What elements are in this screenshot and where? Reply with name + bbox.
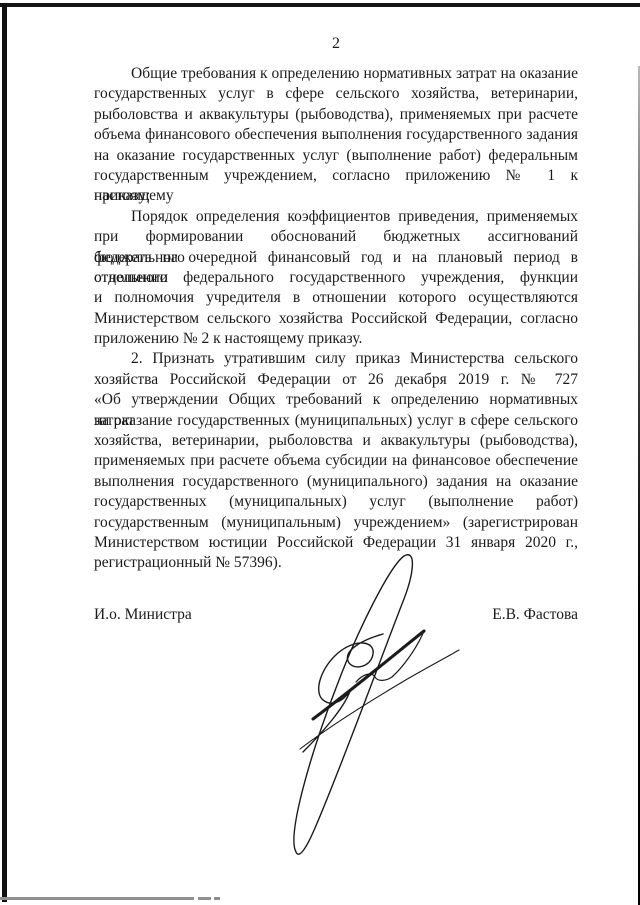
text-line: Общие требования к определению нормативн… <box>94 64 578 84</box>
document-body: Общие требования к определению нормативн… <box>94 64 578 574</box>
signer-position: И.о. Министра <box>94 606 192 624</box>
text-line: бюджета на очередной финансовый год и на… <box>94 248 578 268</box>
signer-name: Е.В. Фастова <box>492 606 578 624</box>
text-line: на оказание государственных (муниципальн… <box>94 411 578 431</box>
scan-edge-bottom <box>0 897 194 900</box>
text-line: регистрационный № 57396). <box>94 553 578 573</box>
text-line: государственным (муниципальным) учрежден… <box>94 513 578 533</box>
text-line: государственных (муниципальных) услуг (в… <box>94 492 578 512</box>
text-line: Порядок определения коэффициентов привед… <box>94 207 578 227</box>
text-line: выполнения государственного (муниципальн… <box>94 472 578 492</box>
text-line: отдельного федерального государственного… <box>94 268 578 288</box>
text-line: Министерством юстиции Российской Федерац… <box>94 533 578 553</box>
scan-edge-bottom-dash <box>198 897 211 900</box>
scan-edge-top <box>0 3 640 7</box>
text-line: приложению № 2 к настоящему приказу. <box>94 329 578 349</box>
scan-edge-bottom-dash <box>214 897 220 900</box>
text-line: 2. Признать утратившим силу приказ Минис… <box>94 349 578 369</box>
text-line: при формировании обоснований бюджетных а… <box>94 227 578 247</box>
page-number: 2 <box>94 35 578 53</box>
scanned-document-page: 2 Общие требования к определению нормати… <box>0 0 640 905</box>
text-line: на оказание государственных услуг (выпол… <box>94 146 578 166</box>
scan-edge-left <box>2 3 7 902</box>
text-line: рыболовства и аквакультуры (рыбоводства)… <box>94 105 578 125</box>
text-line: государственных услуг в сфере сельского … <box>94 84 578 104</box>
signature-block: И.о. Министра Е.В. Фастова <box>94 606 578 628</box>
text-line: «Об утверждении Общих требований к опред… <box>94 390 578 410</box>
text-line: государственным учреждением, согласно пр… <box>94 166 578 186</box>
text-line: объема финансового обеспечения выполнени… <box>94 125 578 145</box>
text-line: Министерством сельского хозяйства Россий… <box>94 309 578 329</box>
text-line: хозяйства, ветеринарии, рыболовства и ак… <box>94 431 578 451</box>
text-line: и полномочия учредителя в отношении кото… <box>94 288 578 308</box>
text-line: хозяйства Российской Федерации от 26 дек… <box>94 370 578 390</box>
text-line: применяемых при расчете объема субсидии … <box>94 451 578 471</box>
